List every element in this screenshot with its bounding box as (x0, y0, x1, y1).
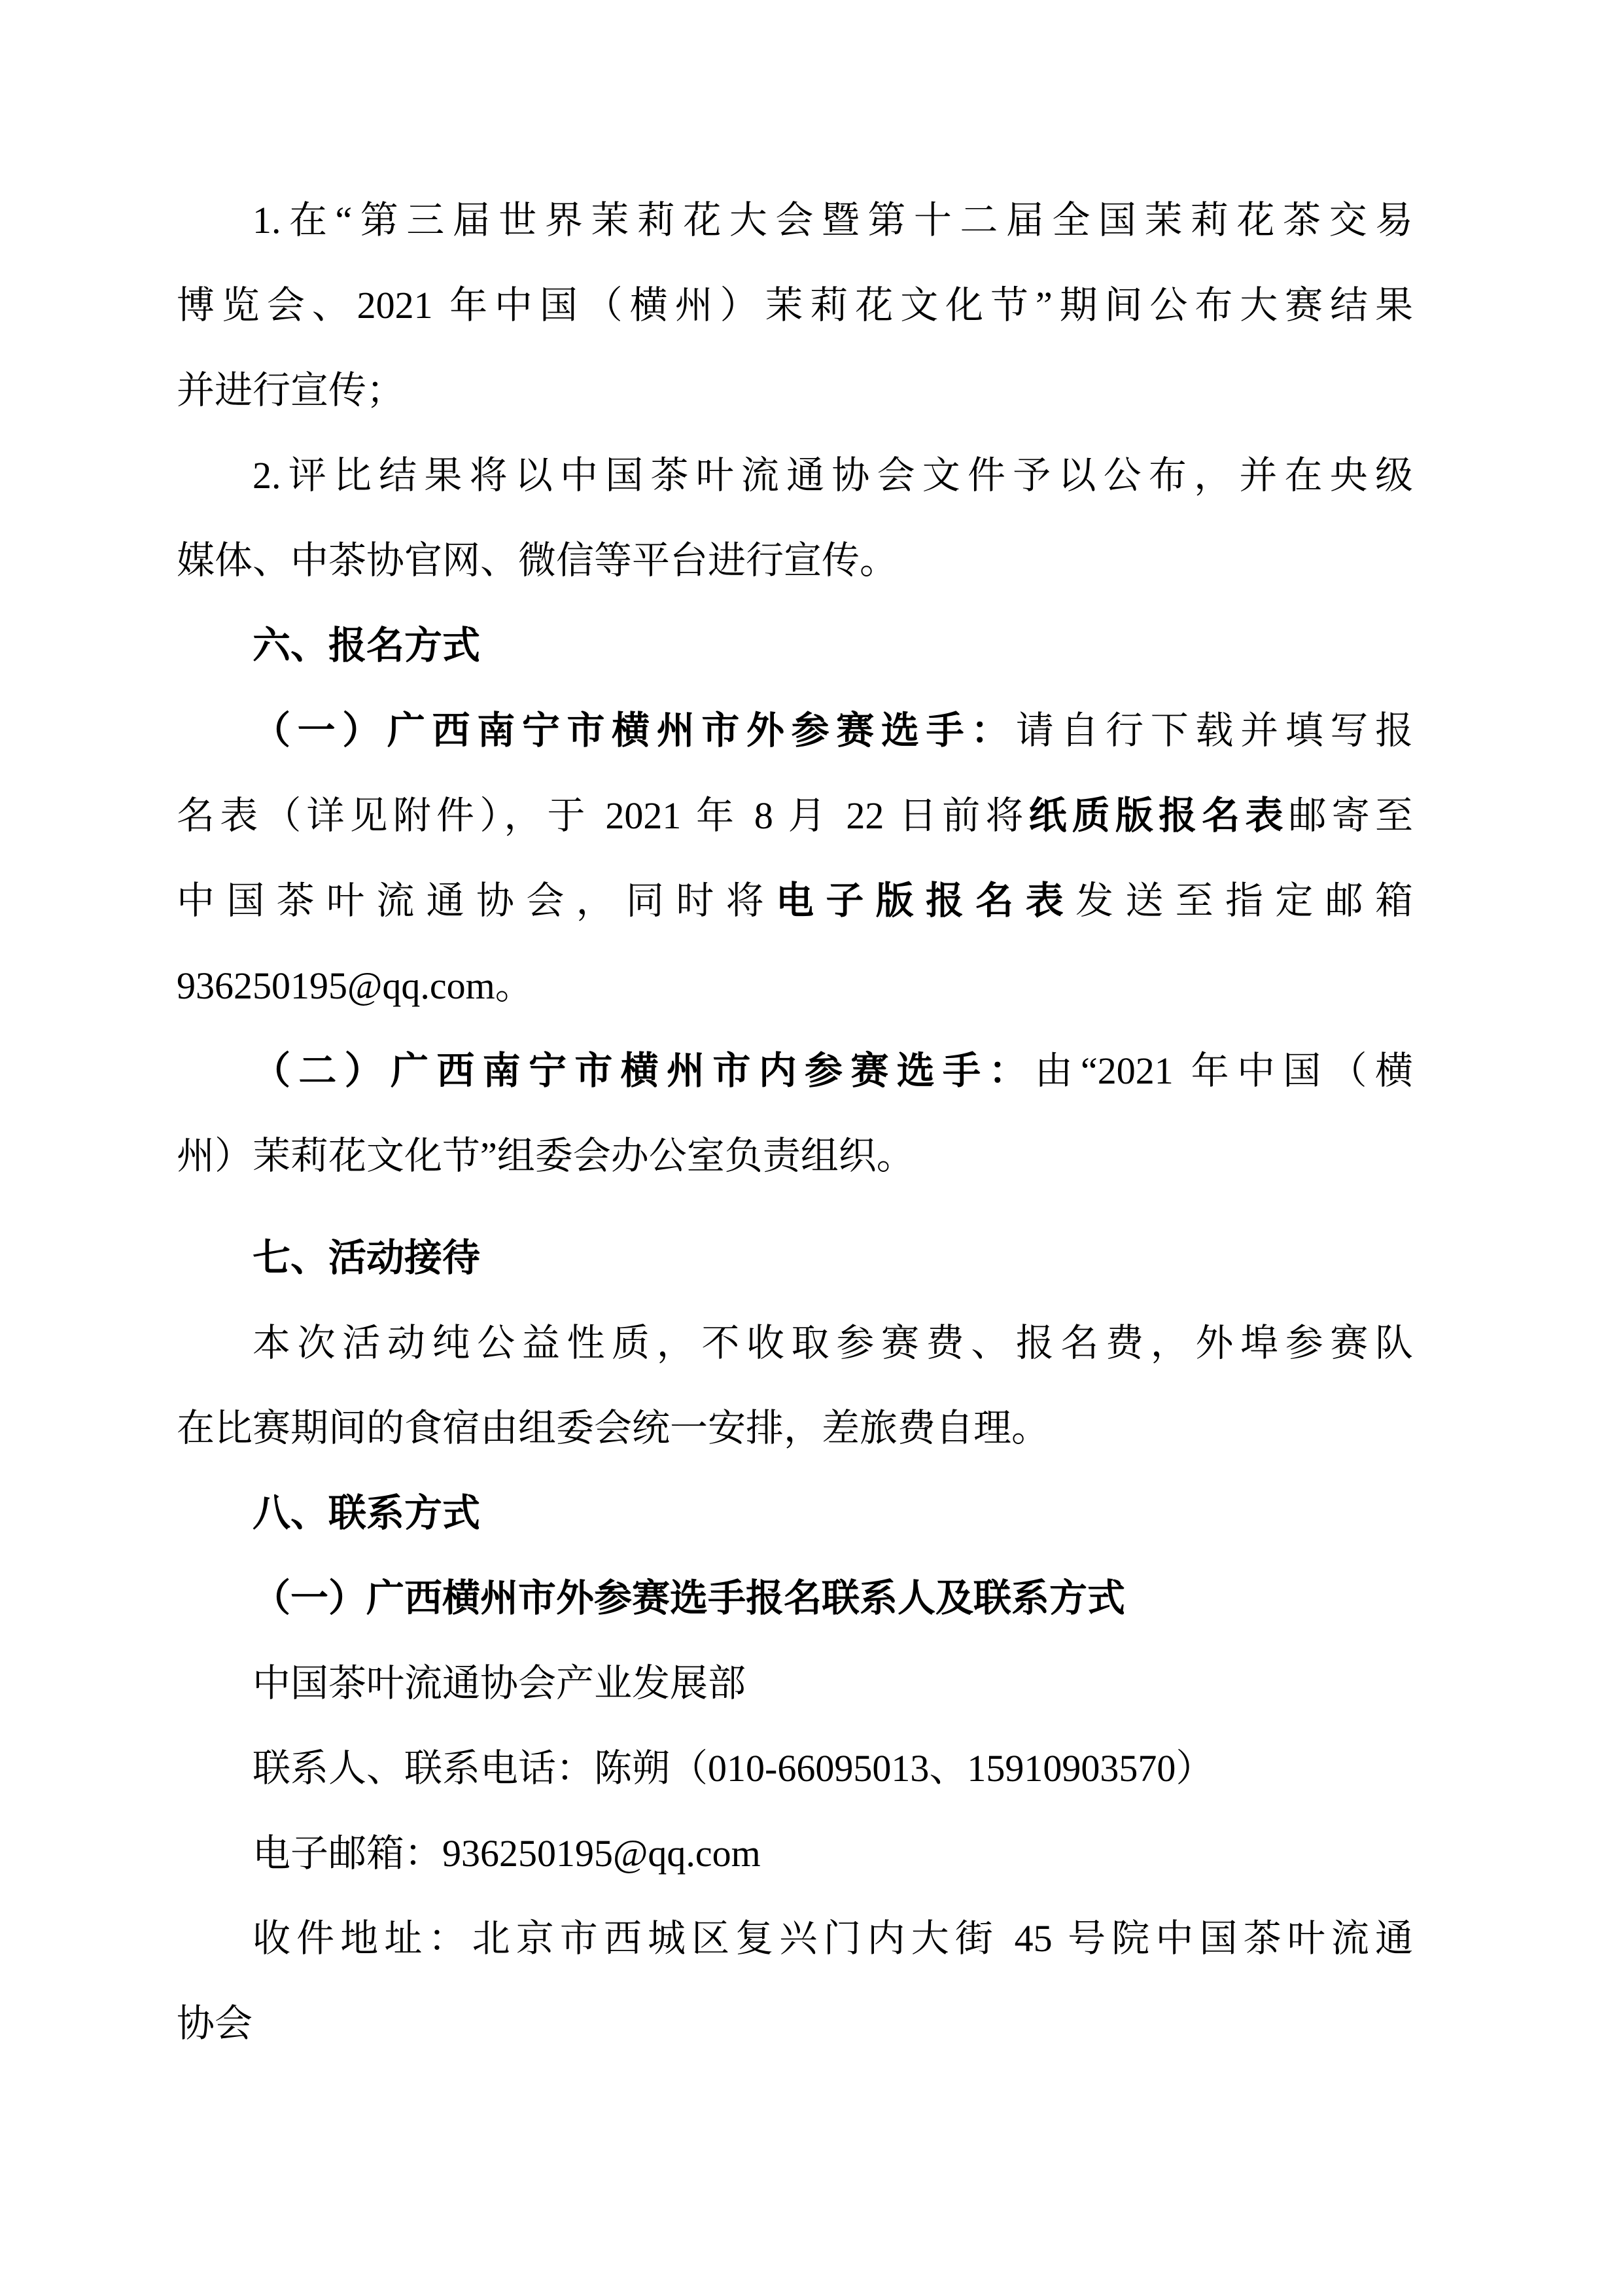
paragraph-publish-line-1: 2.评比结果将以中国茶叶流通协会文件予以公布，并在央级 (177, 433, 1413, 518)
body-text: 发送至指定邮箱 (1075, 879, 1413, 922)
body-text-bold: （一）广西南宁市横州市外参赛选手： (253, 709, 1016, 752)
body-text: 由“2021 年中国（横 (1035, 1050, 1413, 1092)
paragraph-inside-entrants-line-2: 州）茉莉花文化节”组委会办公室负责组织。 (177, 1114, 1413, 1199)
contact-address-line-2: 协会 (177, 1981, 1413, 2066)
body-text: 博览会、2021 年中国（横州）茉莉花文化节”期间公布大赛结果 (177, 284, 1413, 327)
heading-section-8-contact: 八、联系方式 (177, 1471, 1413, 1556)
paragraph-outside-entrants-line-3: 中国茶叶流通协会，同时将电子版报名表发送至指定邮箱 (177, 858, 1413, 944)
heading-text: 六、报名方式 (253, 624, 480, 667)
body-text-bold: （二）广西南宁市横州市内参赛选手： (253, 1050, 1035, 1092)
body-text: 并进行宣传； (177, 369, 404, 412)
contact-address-line-1: 收件地址：北京市西城区复兴门内大街 45 号院中国茶叶流通 (177, 1896, 1413, 1981)
body-text: 请自行下载并填写报 (1016, 709, 1413, 752)
paragraph-outside-entrants-line-1: （一）广西南宁市横州市外参赛选手：请自行下载并填写报 (177, 688, 1413, 773)
paragraph-announce-line-2: 博览会、2021 年中国（横州）茉莉花文化节”期间公布大赛结果 (177, 263, 1413, 348)
contact-department-line: 中国茶叶流通协会产业发展部 (177, 1641, 1413, 1726)
heading-text: （一）广西横州市外参赛选手报名联系人及联系方式 (253, 1577, 1125, 1619)
body-text-bold: 电子版报名表 (776, 879, 1075, 922)
body-text: 在比赛期间的食宿由组委会统一安排，差旅费自理。 (177, 1407, 1049, 1449)
phone-number-text: 联系人、联系电话：陈朔（010-66095013、15910903570） (253, 1747, 1213, 1790)
heading-section-6-registration: 六、报名方式 (177, 603, 1413, 688)
body-text: 中国茶叶流通协会，同时将 (177, 879, 776, 922)
body-text-bold: 纸质版报名表 (1029, 794, 1289, 837)
body-text: 本次活动纯公益性质，不收取参赛费、报名费，外埠参赛队 (253, 1322, 1413, 1364)
heading-contact-outside-entrants: （一）广西横州市外参赛选手报名联系人及联系方式 (177, 1556, 1413, 1641)
body-text: 2.评比结果将以中国茶叶流通协会文件予以公布，并在央级 (253, 454, 1413, 497)
email-address-text: 936250195@qq.com。 (177, 964, 533, 1007)
body-text: 邮寄至 (1289, 794, 1413, 837)
paragraph-announce-line-1: 1.在“第三届世界茉莉花大会暨第十二届全国茉莉花茶交易 (177, 178, 1413, 263)
body-text: 收件地址：北京市西城区复兴门内大街 45 号院中国茶叶流通 (253, 1917, 1413, 1960)
body-text: 中国茶叶流通协会产业发展部 (253, 1662, 746, 1704)
paragraph-outside-entrants-line-2: 名表（详见附件），于 2021 年 8 月 22 日前将纸质版报名表邮寄至 (177, 773, 1413, 858)
heading-text: 八、联系方式 (253, 1492, 480, 1534)
body-text: 州）茉莉花文化节”组委会办公室负责组织。 (177, 1135, 915, 1177)
contact-email-line: 电子邮箱：936250195@qq.com (177, 1811, 1413, 1896)
body-text: 名表（详见附件），于 2021 年 8 月 22 日前将 (177, 794, 1029, 837)
body-text: 协会 (177, 2002, 253, 2045)
contact-phone-line: 联系人、联系电话：陈朔（010-66095013、15910903570） (177, 1726, 1413, 1811)
heading-text: 七、活动接待 (253, 1237, 480, 1279)
paragraph-reception-line-2: 在比赛期间的食宿由组委会统一安排，差旅费自理。 (177, 1386, 1413, 1471)
document-page: 1.在“第三届世界茉莉花大会暨第十二届全国茉莉花茶交易 博览会、2021 年中国… (0, 0, 1623, 2296)
paragraph-inside-entrants-line-1: （二）广西南宁市横州市内参赛选手：由“2021 年中国（横 (177, 1029, 1413, 1114)
paragraph-outside-entrants-email: 936250195@qq.com。 (177, 944, 1413, 1029)
paragraph-reception-line-1: 本次活动纯公益性质，不收取参赛费、报名费，外埠参赛队 (177, 1301, 1413, 1386)
body-text: 1.在“第三届世界茉莉花大会暨第十二届全国茉莉花茶交易 (253, 199, 1413, 241)
body-text: 媒体、中茶协官网、微信等平台进行宣传。 (177, 539, 898, 582)
email-address-text: 电子邮箱：936250195@qq.com (253, 1832, 761, 1875)
paragraph-publish-line-2: 媒体、中茶协官网、微信等平台进行宣传。 (177, 518, 1413, 603)
paragraph-announce-line-3: 并进行宣传； (177, 348, 1413, 433)
heading-section-7-reception: 七、活动接待 (177, 1216, 1413, 1301)
document-body: 1.在“第三届世界茉莉花大会暨第十二届全国茉莉花茶交易 博览会、2021 年中国… (177, 178, 1413, 2066)
